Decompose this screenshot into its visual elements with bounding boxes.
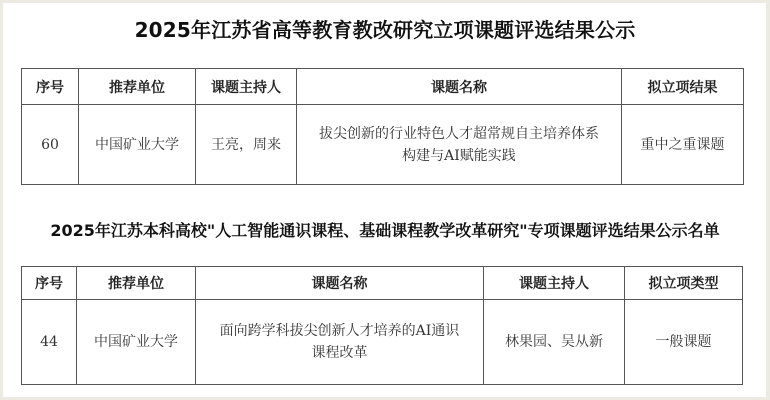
col-header-project: 课题名称 bbox=[196, 267, 484, 300]
project-name-line1: 拔尖创新的行业特色人才超常规自主培养体系 bbox=[307, 123, 611, 145]
col-header-result: 拟立项结果 bbox=[622, 69, 744, 105]
table-row: 60 中国矿业大学 王亮，周来 拔尖创新的行业特色人才超常规自主培养体系 构建与… bbox=[22, 105, 744, 185]
project-name-line1: 面向跨学科拔尖创新人才培养的AI通识 bbox=[206, 320, 473, 342]
project-name-line2: 构建与AI赋能实践 bbox=[307, 145, 611, 167]
table-header-row: 序号 推荐单位 课题主持人 课题名称 拟立项结果 bbox=[22, 69, 744, 105]
col-header-index: 序号 bbox=[22, 267, 77, 300]
cell-unit: 中国矿业大学 bbox=[79, 105, 196, 185]
cell-type: 一般课题 bbox=[625, 300, 743, 385]
col-header-unit: 推荐单位 bbox=[79, 69, 196, 105]
col-header-host: 课题主持人 bbox=[484, 267, 625, 300]
cell-result: 重中之重课题 bbox=[622, 105, 744, 185]
col-header-host: 课题主持人 bbox=[196, 69, 297, 105]
col-header-unit: 推荐单位 bbox=[77, 267, 196, 300]
cell-index: 44 bbox=[22, 300, 77, 385]
section1-title: 2025年江苏省高等教育教改研究立项课题评选结果公示 bbox=[0, 14, 770, 43]
cell-host: 王亮，周来 bbox=[196, 105, 297, 185]
col-header-type: 拟立项类型 bbox=[625, 267, 743, 300]
cell-project: 拔尖创新的行业特色人才超常规自主培养体系 构建与AI赋能实践 bbox=[297, 105, 622, 185]
table-header-row: 序号 推荐单位 课题名称 课题主持人 拟立项类型 bbox=[22, 267, 743, 300]
section2-results-table: 序号 推荐单位 课题名称 课题主持人 拟立项类型 44 中国矿业大学 面向跨学科… bbox=[21, 266, 743, 385]
cell-index: 60 bbox=[22, 105, 79, 185]
col-header-project: 课题名称 bbox=[297, 69, 622, 105]
col-header-index: 序号 bbox=[22, 69, 79, 105]
project-name-line2: 课程改革 bbox=[206, 342, 473, 364]
cell-project: 面向跨学科拔尖创新人才培养的AI通识 课程改革 bbox=[196, 300, 484, 385]
section1-results-table: 序号 推荐单位 课题主持人 课题名称 拟立项结果 60 中国矿业大学 王亮，周来… bbox=[21, 68, 744, 185]
cell-unit: 中国矿业大学 bbox=[77, 300, 196, 385]
table-row: 44 中国矿业大学 面向跨学科拔尖创新人才培养的AI通识 课程改革 林果园、吴从… bbox=[22, 300, 743, 385]
section2-title: 2025年江苏本科高校"人工智能通识课程、基础课程教学改革研究"专项课题评选结果… bbox=[0, 218, 770, 241]
cell-host: 林果园、吴从新 bbox=[484, 300, 625, 385]
